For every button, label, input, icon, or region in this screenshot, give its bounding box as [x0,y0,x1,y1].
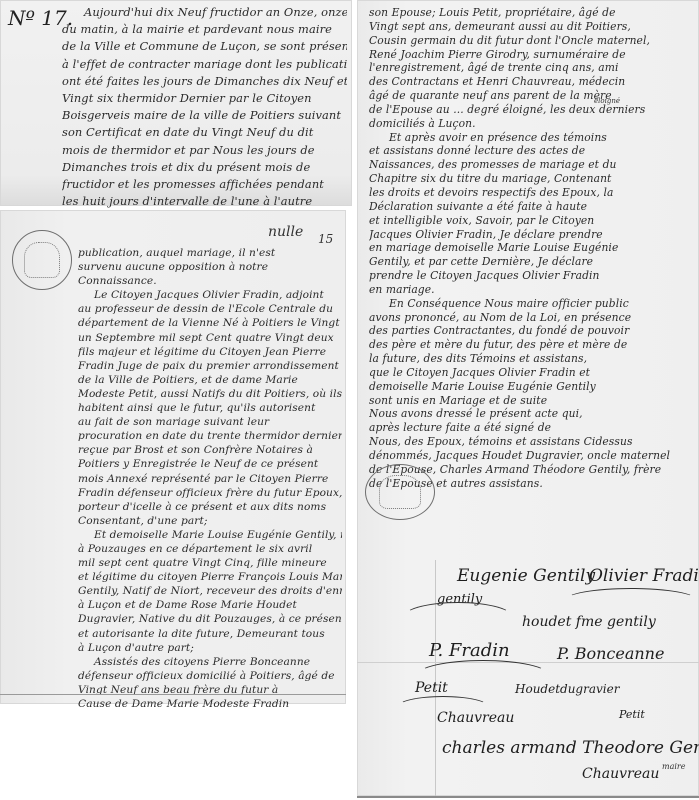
text-line: prendre le Citoyen Jacques Olivier Fradi… [369,269,695,283]
signature-olivier-fradin: Olivier Fradin [589,566,699,586]
text-line: Aujourd'hui dix Neuf fructidor an Onze, … [62,4,347,21]
text-line: son Epouse; Louis Petit, propriétaire, â… [369,6,695,20]
text-line: et légitime du citoyen Pierre François L… [78,570,342,584]
text-line: reçue par Brost et son Confrère Notaires… [78,443,342,457]
signature-eugenie-gentily: Eugenie Gentily [457,566,595,586]
text-line: de la Ville et Commune de Luçon, se sont… [62,38,347,55]
text-line: à Luçon d'autre part; [78,641,342,655]
left-page-top-sheet: Nº 17. Aujourd'hui dix Neuf fructidor an… [0,0,352,206]
text-line: fructidor et les promesses affichées pen… [62,176,347,193]
text-line: René Joachim Pierre Girodry, surnumérair… [369,48,695,62]
text-line: Et après avoir en présence des témoins [369,131,695,145]
right-page-text: son Epouse; Louis Petit, propriétaire, â… [369,6,695,491]
left-page-bottom-sheet: nulle 15 publication, auquel mariage, il… [0,210,346,704]
text-line: Consentant, d'une part; [78,514,342,528]
text-line: les huit jours d'intervalle de l'une à l… [62,193,347,210]
text-line: son Certificat en date du Vingt Neuf du … [62,124,347,141]
text-line: au professeur de dessin de l'Ecole Centr… [78,302,342,316]
text-line: des père et mère du futur, des père et m… [369,338,695,352]
text-line: mois de thermidor et par Nous les jours … [62,142,347,159]
text-line: mil sept cent quatre Vingt Cinq, fille m… [78,556,342,570]
text-line: Nous, des Epoux, témoins et assistans Ci… [369,435,695,449]
text-line: à Pouzauges en ce département le six avr… [78,542,342,556]
signature-p-fradin: P. Fradin [429,640,510,661]
signature-chauvreau-maire: Chauvreau [582,766,659,782]
signature-petit-2: Petit [619,708,645,721]
text-line: des Contractans et Henri Chauvreau, méde… [369,75,695,89]
page-edge [0,694,346,695]
margin-number: 15 [318,232,333,246]
text-line: Et demoiselle Marie Louise Eugénie Genti… [78,528,342,542]
margin-note-eloigne: éloigné [594,97,620,105]
text-line: Modeste Petit, aussi Natifs du dit Poiti… [78,387,342,401]
text-line: et assistans donné lecture des actes de [369,144,695,158]
text-line: de l'Epouse au ... degré éloigné, les de… [369,103,695,117]
text-line: Cause de Dame Marie Modeste Fradin [78,697,342,711]
text-line: Vingt sept ans, demeurant aussi au dit P… [369,20,695,34]
text-line: procuration en date du trente thermidor … [78,429,342,443]
text-line: âgé de quarante neuf ans parent de la mè… [369,89,695,103]
text-line: Fradin défenseur officieux frère du futu… [78,486,342,500]
text-line: avons prononcé, au Nom de la Loi, en pré… [369,311,695,325]
text-line: l'enregistrement, âgé de trente cinq ans… [369,61,695,75]
text-line: Fradin Juge de paix du premier arrondiss… [78,359,342,373]
text-line: habitent ainsi que le futur, qu'ils auto… [78,401,342,415]
text-line: publication, auquel mariage, il n'est [78,246,342,260]
signature-p-bonceanne: P. Bonceanne [557,644,664,663]
text-line: Vingt six thermidor Dernier par le Citoy… [62,90,347,107]
text-line: au fait de son mariage suivant leur [78,415,342,429]
margin-note-nulle: nulle [268,224,303,240]
signature-petit: Petit [415,680,448,696]
text-line: Cousin germain du dit futur dont l'Oncle… [369,34,695,48]
text-line: et autorisante la dite future, Demeurant… [78,627,342,641]
text-line: de la Ville de Poitiers, et de dame Mari… [78,373,342,387]
text-line: Poitiers y Enregistrée le Neuf de ce pré… [78,457,342,471]
text-line: porteur d'icelle à ce présent et aux dit… [78,500,342,514]
text-line: demoiselle Marie Louise Eugénie Gentily [369,380,695,394]
maire-note: maire [662,762,685,771]
left-top-text: Aujourd'hui dix Neuf fructidor an Onze, … [62,4,347,210]
text-line: Dimanches trois et dix du présent mois d… [62,159,347,176]
text-line: survenu aucune opposition à notre [78,260,342,274]
left-bottom-text: publication, auquel mariage, il n'estsur… [78,246,342,711]
text-line: défenseur officieux domicilié à Poitiers… [78,669,342,683]
text-line: Boisgerveis maire de la ville de Poitier… [62,107,347,124]
text-line: Assistés des citoyens Pierre Bonceanne [78,655,342,669]
text-line: En Conséquence Nous maire officier publi… [369,297,695,311]
right-page-sheet: son Epouse; Louis Petit, propriétaire, â… [357,0,699,798]
text-line: Naissances, des promesses de mariage et … [369,158,695,172]
text-line: Gentily, Natif de Niort, receveur des dr… [78,584,342,598]
signature-houdet-gentily: houdet fme gentily [522,614,656,630]
text-line: la future, des dits Témoins et assistans… [369,352,695,366]
signature-flourish [565,588,697,612]
text-line: Nous avons dressé le présent acte qui, [369,407,695,421]
text-line: domiciliés à Luçon. [369,117,695,131]
signature-chauvreau: Chauvreau [437,710,514,726]
text-line: Gentily, et par cette Dernière, Je décla… [369,255,695,269]
signature-charles-armand-theodore-gentily: charles armand Theodore Gentily [442,738,699,758]
text-line: Connaissance. [78,274,342,288]
text-line: sont unis en Mariage et de suite [369,394,695,408]
text-line: dénommés, Jacques Houdet Dugravier, oncl… [369,449,695,463]
text-line: et intelligible voix, Savoir, par le Cit… [369,214,695,228]
signature-houdet-dugravier: Houdetdugravier [515,682,619,696]
signature-flourish [402,602,514,634]
text-line: les droits et devoirs respectifs des Epo… [369,186,695,200]
text-line: en mariage demoiselle Marie Louise Eugén… [369,241,695,255]
text-line: mois Annexé représenté par le Citoyen Pi… [78,472,342,486]
mairie-seal-left-icon [12,230,72,290]
mairie-seal-right-icon [365,464,435,520]
text-line: Dugravier, Native du dit Pouzauges, à ce… [78,612,342,626]
text-line: du matin, à la mairie et pardevant nous … [62,21,347,38]
text-line: que le Citoyen Jacques Olivier Fradin et [369,366,695,380]
text-line: un Septembre mil sept Cent quatre Vingt … [78,331,342,345]
text-line: Jacques Olivier Fradin, Je déclare prend… [369,228,695,242]
text-line: département de la Vienne Né à Poitiers l… [78,316,342,330]
text-line: Le Citoyen Jacques Olivier Fradin, adjoi… [78,288,342,302]
text-line: après lecture faite a été signé de [369,421,695,435]
text-line: Déclaration suivante a été faite à haute [369,200,695,214]
text-line: en mariage. [369,283,695,297]
text-line: fils majeur et légitime du Citoyen Jean … [78,345,342,359]
text-line: des parties Contractantes, du fondé de p… [369,324,695,338]
text-line: à Luçon et de Dame Rose Marie Houdet [78,598,342,612]
text-line: à l'effet de contracter mariage dont les… [62,56,347,73]
text-line: ont été faites les jours de Dimanches di… [62,73,347,90]
text-line: Chapitre six du titre du mariage, Conten… [369,172,695,186]
